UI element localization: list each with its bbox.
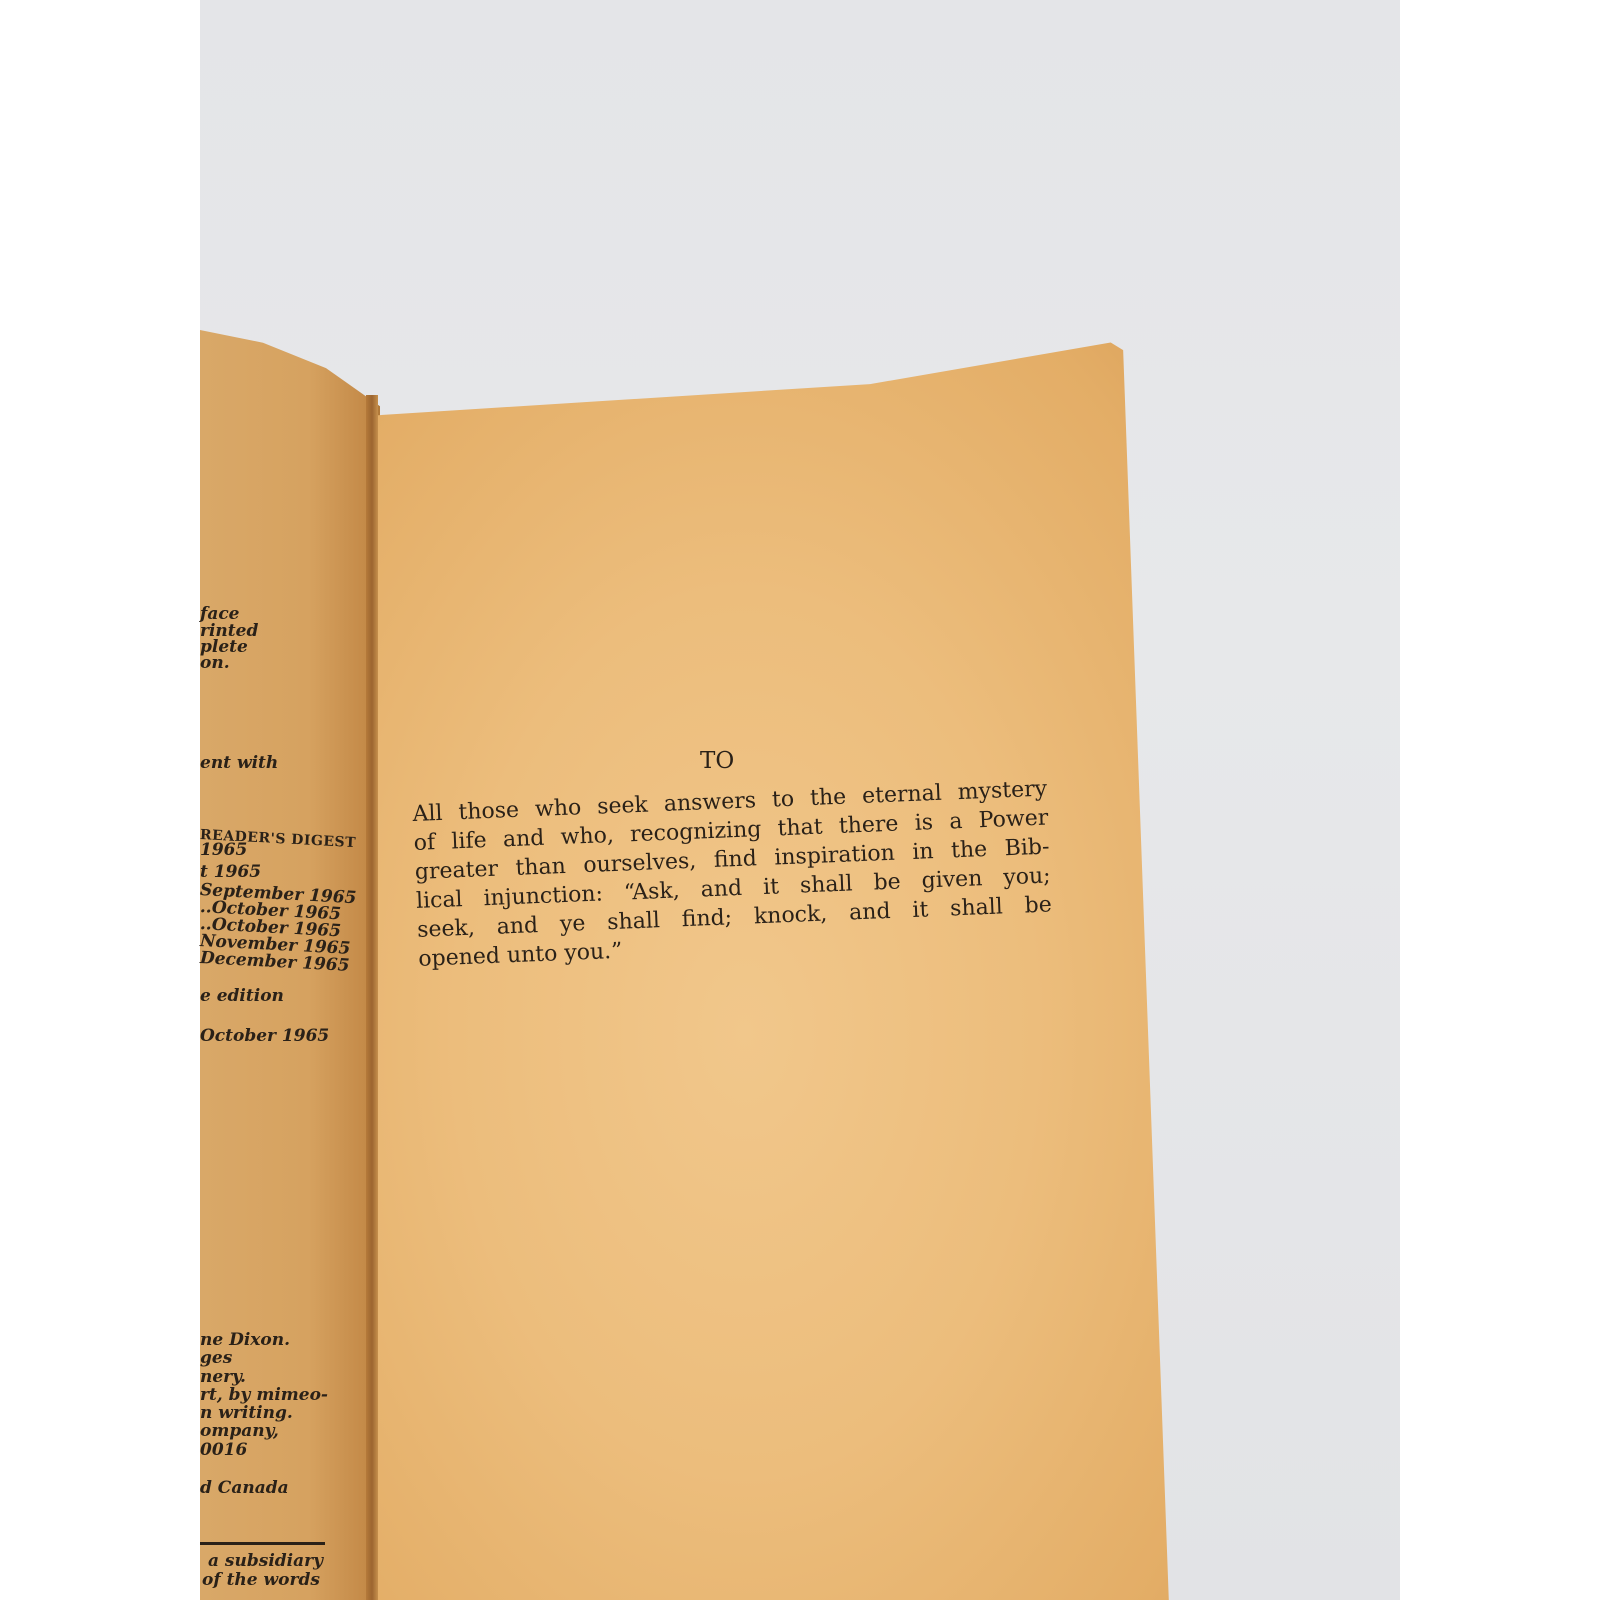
copyright-line: October 1965: [200, 1028, 329, 1045]
divider-rule: [200, 1542, 325, 1545]
copyright-line: nery.: [200, 1369, 246, 1386]
book-gutter: [366, 395, 378, 1600]
copyright-line: on.: [200, 655, 230, 672]
copyright-line: a subsidiary: [208, 1553, 323, 1570]
copyright-line: e edition: [200, 988, 284, 1005]
dedication-heading: TO: [700, 748, 734, 774]
copyright-line: ompany,: [200, 1423, 279, 1440]
copyright-line: t 1965: [200, 864, 261, 881]
copyright-line: 1965: [200, 842, 247, 859]
copyright-line: d Canada: [200, 1480, 289, 1497]
copyright-line: rt, by mimeo-: [200, 1387, 328, 1404]
copyright-line: ne Dixon.: [200, 1332, 290, 1349]
copyright-line: ges: [200, 1350, 232, 1367]
copyright-line: n writing.: [200, 1405, 293, 1422]
copyright-line: of the words: [202, 1572, 320, 1589]
copyright-line: ent with: [200, 755, 278, 772]
copyright-line: 0016: [200, 1442, 247, 1459]
dedication-text: All those who seek answers to the eterna…: [412, 774, 1068, 974]
